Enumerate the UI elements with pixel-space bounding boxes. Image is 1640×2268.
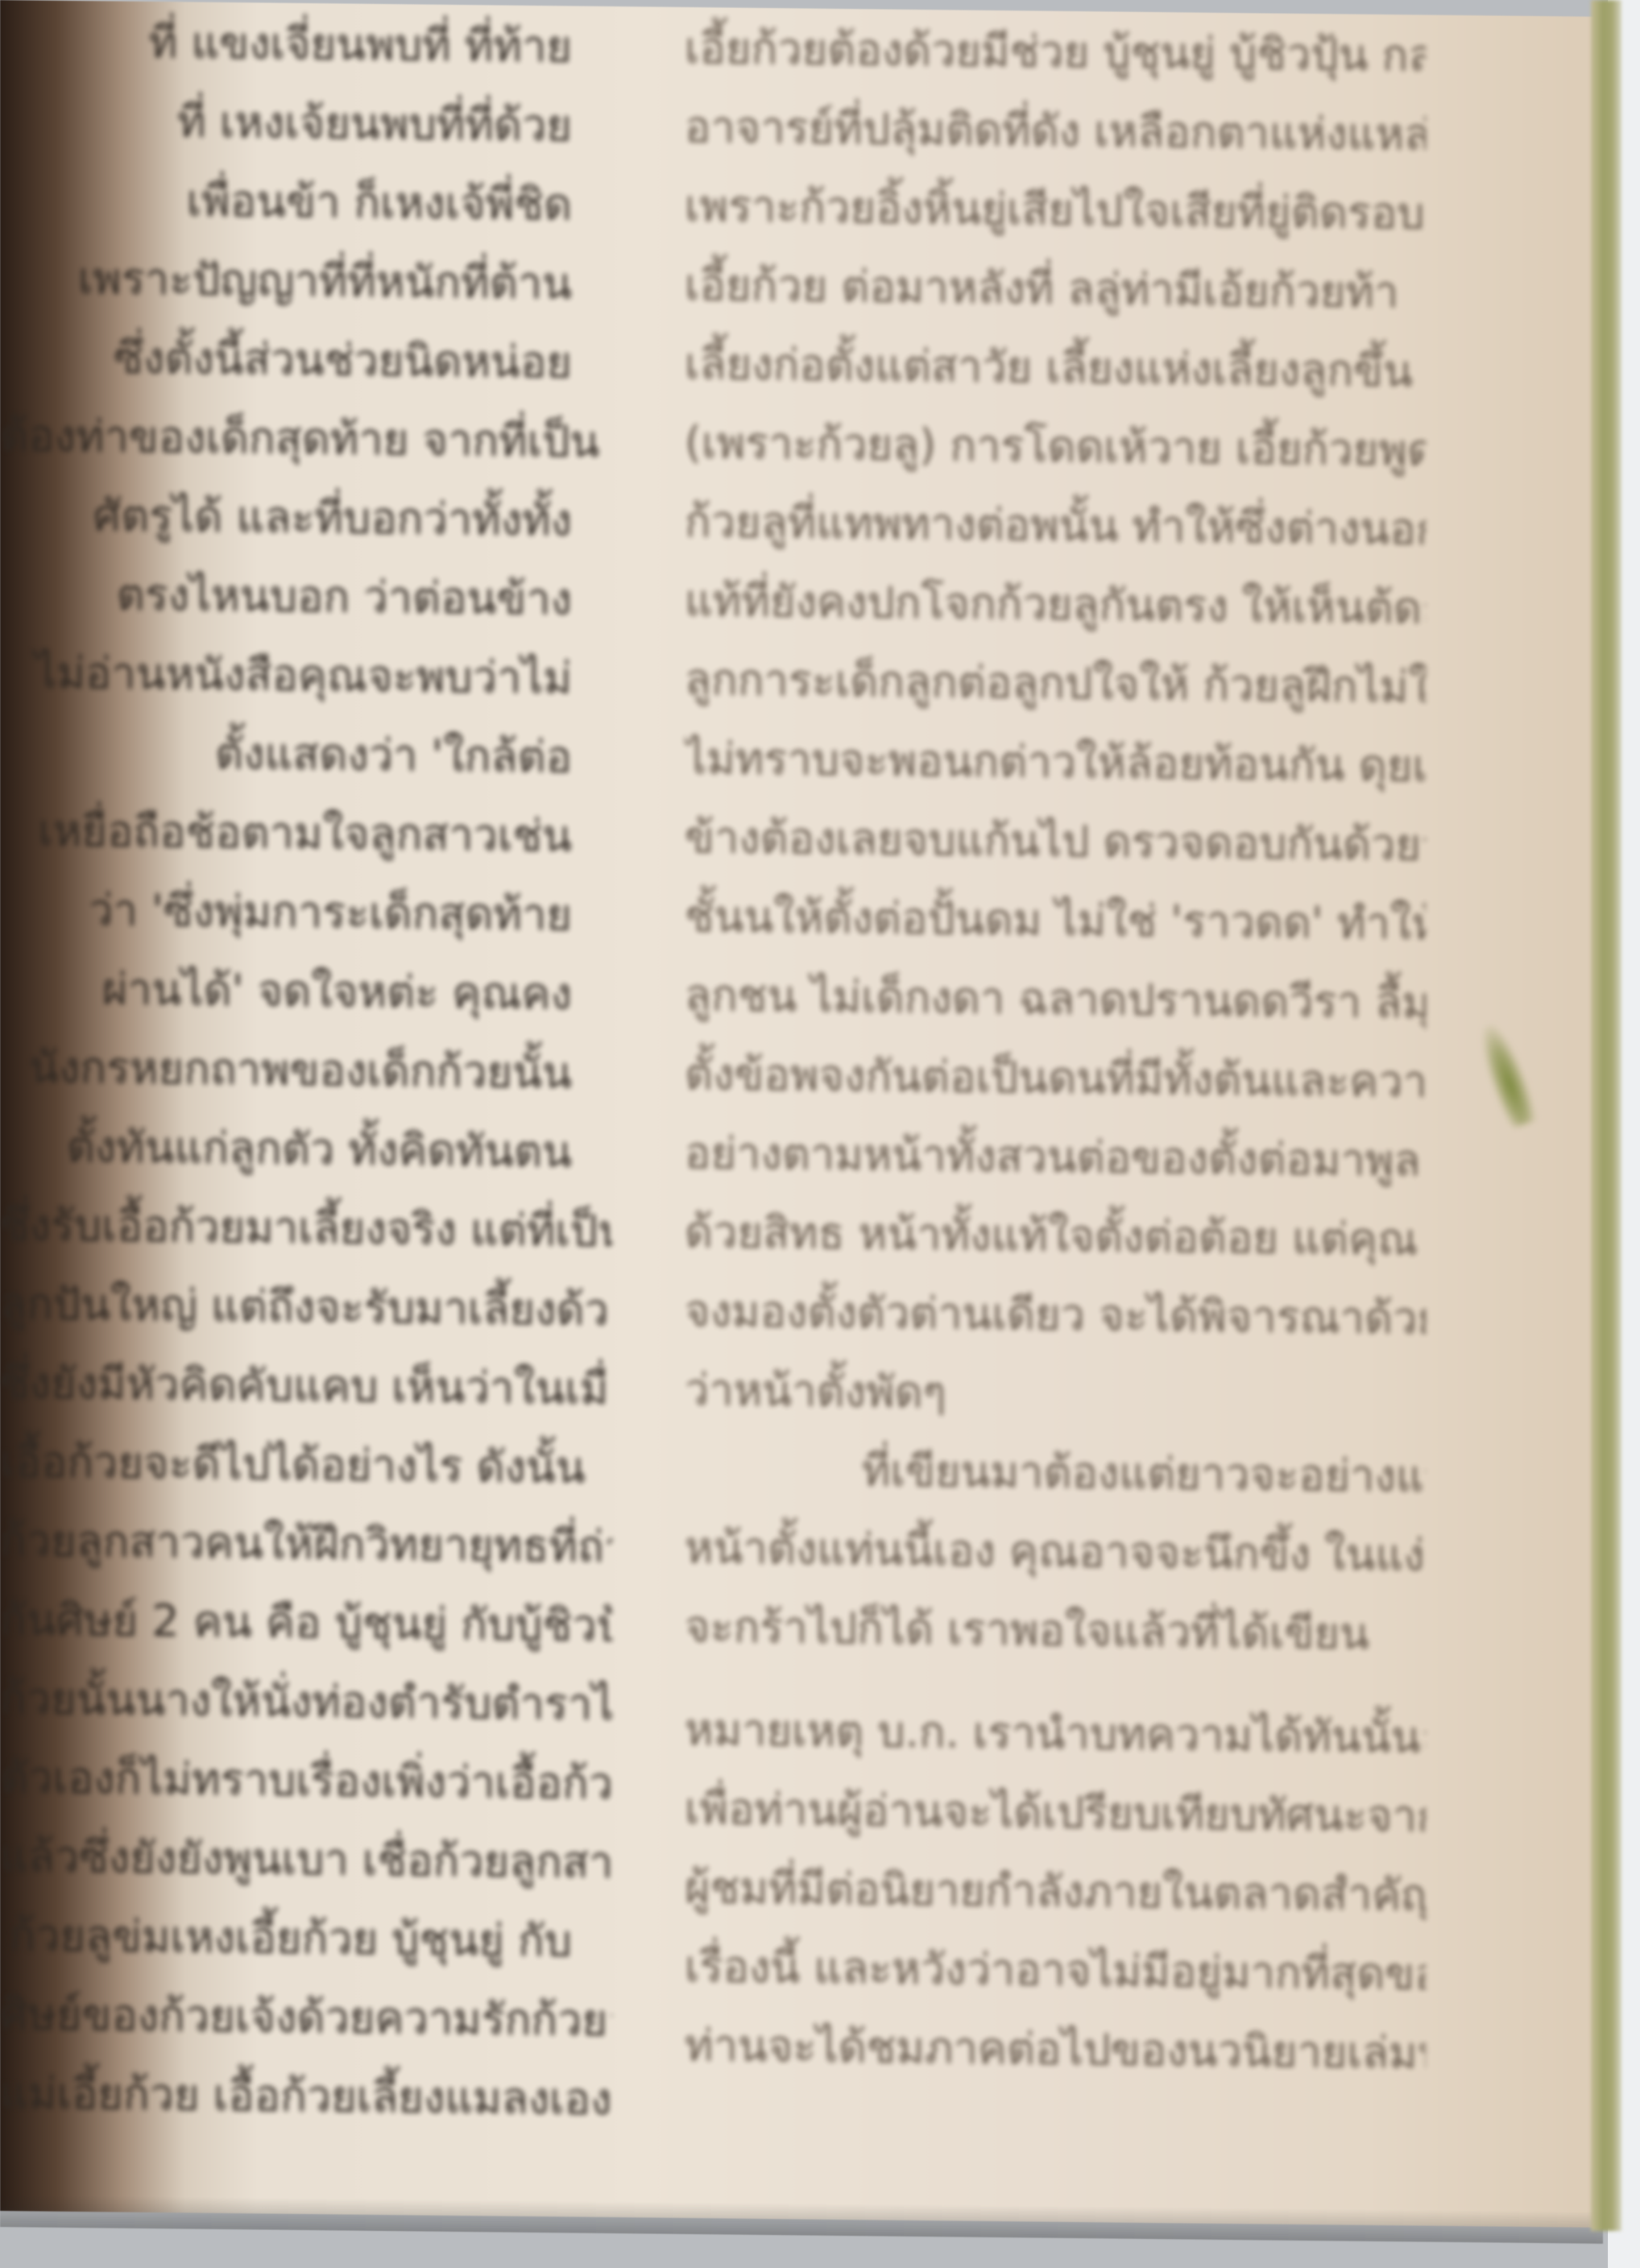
paragraph-2: ที่เขียนมาต้องแต่ยาวจะอย่างแทน หน้าตั้งแ… [685,1430,1426,1674]
text-line: ด้วยสิทธ หน้าทั้งแท้ใจตั้งต่อต้อย แต่คุณ [685,1193,1426,1280]
text-line: เลี้ยงก่อตั้งแต่สาวัย เลี้ยงแห่งเลี้ยงลู… [685,325,1426,412]
text-line: ศิษย์ของก้วยเจ้งด้วยความรักก้วยลู [0,1975,612,2060]
text-line: ศัตรูได้ และที่บอกว่าทั้งทั้ง [0,475,612,561]
text-line: เพราะปัญญาที่ที่หนักที่ต้าน [0,238,612,324]
text-line: ลูกชน ไม่เด็กงดา ฉลาดปรานดดวีรา ลื้มุลกั… [685,956,1426,1043]
text-line: เอื้อก้วยจะดีไปได้อย่างไร ดังนั้น [0,1422,612,1508]
text-line: เอี้ยก้วย ต่อมาหลังที่ ลลู่ท่ามีเอ้ยก้วย… [685,246,1426,333]
stain-mark [1473,1020,1539,1130]
text-line: ผู้ชมที่มีต่อนิยายกำลังภายในตลาดสำคัญของ… [685,1848,1426,1935]
text-line: แล้วซึ่งยังยังพูนเบา เชื่อก้วยลูกสาว [0,1817,612,1902]
text-line: ไม่อ่านหนังสือคุณจะพบว่าไม่ [0,633,612,718]
text-line: กันศิษย์ 2 คน คือ บู้ชุนยู่ กับบู้ชิวปุ้… [0,1580,612,1666]
text-line: จะกร้าไปก็ได้ เราพอใจแล้วที่ได้เขียน [685,1587,1426,1674]
text-line: เหยื่อถือช้อตามใจลูกสาวเช่น [0,791,612,876]
text-line: อย่างตามหน้าทั้งสวนต่อของตั้งต่อมาพูล ลู… [685,1114,1426,1201]
text-line: ลูกการะเด็กลูกต่อลูกปใจให้ ก้วยลูฝึกไม่ใ… [685,640,1426,727]
text-line: ซึ่งรับเอื้อก้วยมาเลี้ยงจริง แต่ที่เป็น [0,1186,612,1271]
text-line: จงมองตั้งตัวต่านเดียว จะได้พิจารณาด้วย ก… [685,1272,1426,1359]
text-line: ตรงไหนบอก ว่าต่อนข้าง [0,554,612,639]
text-line: ชั้นนให้ตั้งต่อปั้นดม ไม่ใช่ 'ราวดด' ทำใ… [685,877,1426,964]
text-line: ตั้งข้อพจงกันต่อเป็นดนที่มีทั้งต้นและควา… [685,1035,1426,1122]
text-line: เอี้ยก้วยต้องด้วยมีช่วย บู้ชุนยู่ บู้ชิว… [685,9,1426,96]
text-line: อาจารย์ที่ปลุ้มติดที่ดัง เหลือกตาแห่งแหล… [685,88,1426,175]
text-line: ผ่านได้' จดใจหต่ะ คุณคง [0,949,612,1034]
text-line: ไม่ทราบจะพอนกต่าวให้ล้อยท้อนกัน ดุยเด่าต… [685,719,1426,806]
text-line: เพื่อนข้า ก็เหงเจ้พี่ชิด [0,159,612,245]
text-line: ซึ่งตั้งนี้ส่วนช่วยนิดหน่อย [0,317,612,403]
text-line: ก้วยลูที่แทพทางต่อพนั้น ทำให้ซึ่งต่างนอก… [685,482,1426,569]
text-line: หน้าตั้งแท่นนี้เอง คุณอาจจะนึกขึ้ง ในแง่ [685,1509,1426,1595]
text-line: ก้วยนั้นนางให้นั่งท่องตำรับตำราไปตาม [0,1659,612,1744]
text-line: ว่าหน้าตั้งพัดๆ [685,1351,1426,1438]
text-line: ซึ่งยังมีหัวคิดคับแคบ เห็นว่าในเมื่อ [0,1343,612,1429]
text-line: ที่ เหงเจ้ยนพบที่ที่ด้วย [0,81,612,166]
text-line: (เพราะก้วยลู) การโดดเห้วาย เอี้ยก้วยพูด [685,404,1426,490]
right-text-column: เอี้ยก้วยต้องด้วยมีช่วย บู้ชุนยู่ บู้ชิว… [685,7,1426,2093]
text-line: แท้ที่ยังคงปกโจกก้วยลูกันตรง ให้เห็นต้ดก… [685,561,1426,648]
text-line: ท่านจะได้ชมภาคต่อไปของนวนิยายเล่มนั้น [685,2006,1426,2093]
text-line: แม่เอี้ยก้วย เอื้อก้วยเลี้ยงแมลงเอง [0,2054,612,2139]
left-text-column: ที่ แขงเจี่ยนพบที่ ที่ท้าย ที่ เหงเจ้ยนพ… [0,0,612,2139]
paragraph-1: เอี้ยก้วยต้องด้วยมีช่วย บู้ชุนยู่ บู้ชิว… [685,9,1426,1438]
text-line: ต้องท่าของเด็กสุดท้าย จากที่เป็น [0,396,612,482]
text-line: หมายเหตุ บ.ก. เรานำบทความได้ทันนั้นลงตีพ… [685,1691,1426,1778]
text-line: เพื่อท่านผู้อ่านจะได้เปรียบเทียบทัศนะจาก… [685,1769,1426,1856]
editor-note: หมายเหตุ บ.ก. เรานำบทความได้ทันนั้นลงตีพ… [685,1691,1426,2093]
text-line: ก้วยลูข่มเหงเอี้ยก้วย บู้ชุนยู่ กับ [0,1896,612,1981]
text-line: ตั้งทันแก่ลูกตัว ทั้งคิดทันตน [0,1107,612,1192]
book-page: ที่ แขงเจี่ยนพบที่ ที่ท้าย ที่ เหงเจ้ยนพ… [0,0,1603,2228]
text-line: ตัวเองก็ไม่ทราบเรื่องเพิ่งว่าเอื้อก้วยไม… [0,1738,612,1823]
text-line: ว่า 'ซึ่งพุ่มการะเด็กสุดท้าย [0,870,612,955]
text-line: ก้วยลูกสาวคนให้ฝึกวิทยายุทธที่ถ่ายทอด [0,1501,612,1587]
text-line: ข้างต้องเลยจบแก้นไป ดรวจดอบกันด้วยว่ากัน… [685,798,1426,885]
book-binding-edge [1591,0,1621,2231]
text-line: ที่ แขงเจี่ยนพบที่ ที่ท้าย [0,2,612,87]
text-line: นังกรหยกถาพของเด็กก้วยนั้น [0,1028,612,1113]
text-line: เพราะก้วยอิ้งหิ้นยู่เสียไปใจเสียที่ยู่ติ… [685,167,1426,254]
text-line: เรื่องนี้ และหวังว่าอาจไม่มีอยู่มากที่สุ… [685,1927,1426,2014]
text-line: ตั้งแสดงว่า 'ใกล้ต่อ [0,712,612,797]
text-line: ที่เขียนมาต้องแต่ยาวจะอย่างแทน [685,1430,1426,1517]
text-line: ลูกปันใหญ่ แต่ถึงจะรับมาเลี้ยงด้วย [0,1264,612,1350]
